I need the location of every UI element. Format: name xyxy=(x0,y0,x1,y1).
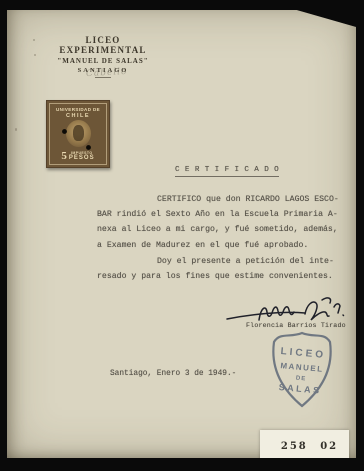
body-line: nexa al Liceo a mi cargo, y fué sometido… xyxy=(97,222,351,237)
body-line: CERTIFICO que don RICARDO LAGOS ESCO- xyxy=(97,192,351,207)
paper-sheet: LICEO EXPERIMENTAL "MANUEL DE SALAS" SAN… xyxy=(7,10,356,458)
punch-hole xyxy=(62,129,67,134)
letterhead-school-name: LICEO EXPERIMENTAL xyxy=(47,35,159,55)
certificate-body-paragraph-1: CERTIFICO que don RICARDO LAGOS ESCO- BA… xyxy=(97,192,351,253)
seal-text-line1: LICEO xyxy=(280,346,326,361)
paper-speck xyxy=(33,39,35,41)
stamp-header: UNIVERSIDAD DE xyxy=(56,107,100,112)
seal-text-line4: SALAS xyxy=(278,382,322,396)
stamp-denomination: 5 IMPUESTO PESOS xyxy=(61,151,94,161)
letterhead-school-subname: "MANUEL DE SALAS" xyxy=(47,57,159,65)
body-line: Doy el presente a petición del inte- xyxy=(97,254,351,269)
body-line: resado y para los fines que estime conve… xyxy=(97,269,351,284)
body-line: BAR rindió el Sexto Año en la Escuela Pr… xyxy=(97,207,351,222)
seal-text-line2: MANUEL xyxy=(280,361,324,374)
stamp-currency-label: PESOS xyxy=(69,155,95,161)
paper-speck xyxy=(34,54,36,56)
revenue-stamp-frame: UNIVERSIDAD DE CHILE 5 IMPUESTO PESOS xyxy=(49,103,107,165)
school-seal-stamp: LICEO MANUEL DE SALAS xyxy=(269,328,335,410)
reference-slip: 258 02 xyxy=(260,430,349,463)
punch-hole xyxy=(86,145,91,150)
stamp-denomination-value: 5 xyxy=(61,152,67,161)
certificate-body-paragraph-2: Doy el presente a petición del inte- res… xyxy=(97,254,351,284)
date-line: Santiago, Enero 3 de 1949.- xyxy=(110,370,236,378)
paper-speck xyxy=(15,128,17,131)
stamp-country: CHILE xyxy=(66,113,90,119)
portrait-silhouette xyxy=(73,125,84,141)
body-line: a Examen de Madurez en el que fué aproba… xyxy=(97,238,351,253)
reference-number: 258 02 xyxy=(271,441,338,452)
scanned-certificate: LICEO EXPERIMENTAL "MANUEL DE SALAS" SAN… xyxy=(0,0,364,471)
stamp-portrait xyxy=(66,120,91,147)
revenue-stamp: UNIVERSIDAD DE CHILE 5 IMPUESTO PESOS xyxy=(46,100,110,168)
certificate-title: C E R T I F I C A D O xyxy=(175,166,279,177)
seal-text-line3: DE xyxy=(296,376,307,383)
